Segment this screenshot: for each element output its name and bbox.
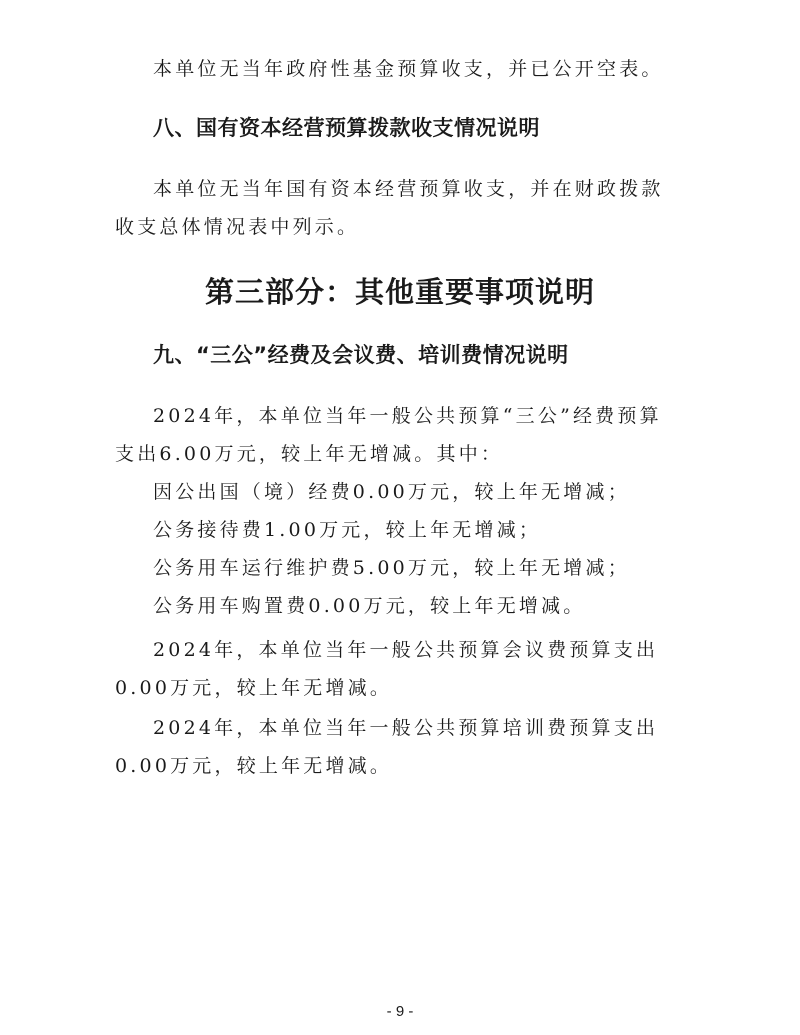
paragraph-gov-fund: 本单位无当年政府性基金预算收支，并已公开空表。 bbox=[115, 50, 675, 88]
page-number: - 9 - bbox=[0, 1003, 800, 1020]
paragraph-three-public-expenses: 2024年，本单位当年一般公共预算“三公”经费预算支出6.00万元，较上年无增减… bbox=[115, 397, 675, 473]
list-item-vehicle-purchase: 公务用车购置费0.00万元，较上年无增减。 bbox=[115, 587, 675, 625]
paragraph-training-expense: 2024年，本单位当年一般公共预算培训费预算支出0.00万元，较上年无增减。 bbox=[115, 709, 675, 785]
list-item-reception: 公务接待费1.00万元，较上年无增减； bbox=[115, 511, 675, 549]
paragraph-meeting-expense: 2024年，本单位当年一般公共预算会议费预算支出0.00万元，较上年无增减。 bbox=[115, 631, 675, 707]
list-item-overseas-travel: 因公出国（境）经费0.00万元，较上年无增减； bbox=[115, 473, 675, 511]
part-3-title: 第三部分：其他重要事项说明 bbox=[0, 270, 800, 311]
paragraph-state-capital: 本单位无当年国有资本经营预算收支，并在财政拨款收支总体情况表中列示。 bbox=[115, 170, 675, 246]
section-8-heading: 八、国有资本经营预算拨款收支情况说明 bbox=[153, 112, 540, 142]
section-9-heading: 九、“三公”经费及会议费、培训费情况说明 bbox=[153, 339, 569, 369]
list-item-vehicle-maintenance: 公务用车运行维护费5.00万元，较上年无增减； bbox=[115, 549, 675, 587]
